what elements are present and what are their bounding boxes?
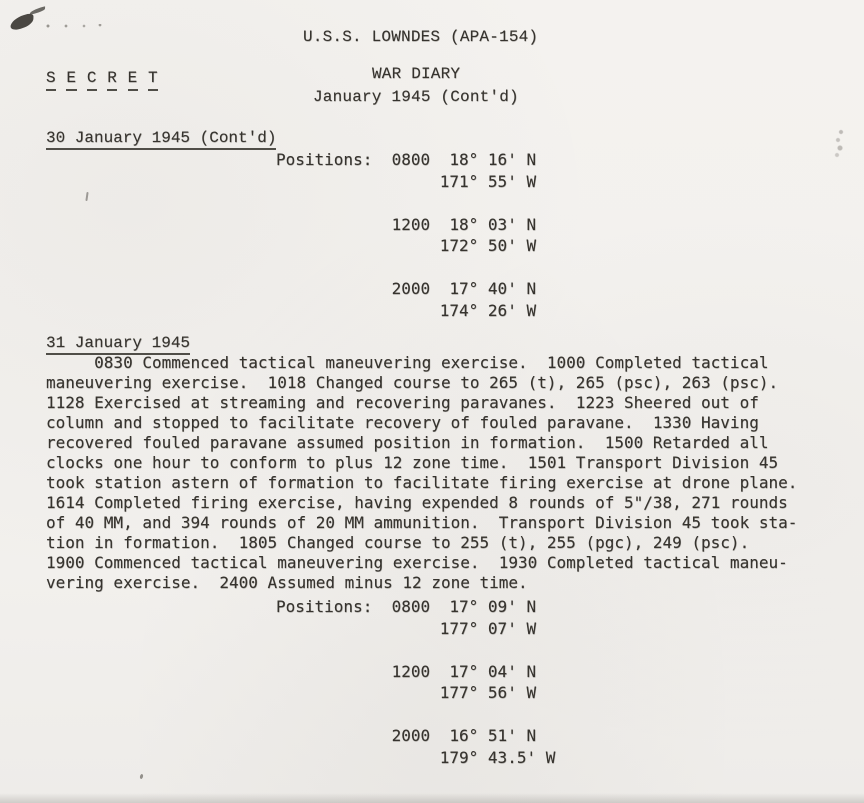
classification-stamp: S E C R E T xyxy=(46,69,158,87)
pen-mark xyxy=(10,12,33,32)
page-bottom-shadow xyxy=(0,793,864,803)
date-heading-31-january: 31 January 1945 xyxy=(46,334,190,355)
war-diary-page: U.S.S. LOWNDES (APA-154) S E C R E T WAR… xyxy=(0,0,864,803)
date-heading-30-january: 30 January 1945 (Cont'd) xyxy=(46,129,276,150)
ship-title: U.S.S. LOWNDES (APA-154) xyxy=(303,28,538,46)
pen-dots xyxy=(44,24,104,28)
paper-speck xyxy=(139,774,143,780)
margin-smudge xyxy=(834,128,844,158)
doc-title: WAR DIARY xyxy=(372,65,460,83)
stray-tick-mark xyxy=(85,192,88,201)
log-entry-paragraph: 0830 Commenced tactical maneuvering exer… xyxy=(46,353,797,593)
positions-block-30-january: Positions: 0800 18° 16' N 171° 55' W 120… xyxy=(276,149,536,321)
positions-block-31-january: Positions: 0800 17° 09' N 177° 07' W 120… xyxy=(276,596,555,768)
doc-subtitle: January 1945 (Cont'd) xyxy=(313,88,519,106)
